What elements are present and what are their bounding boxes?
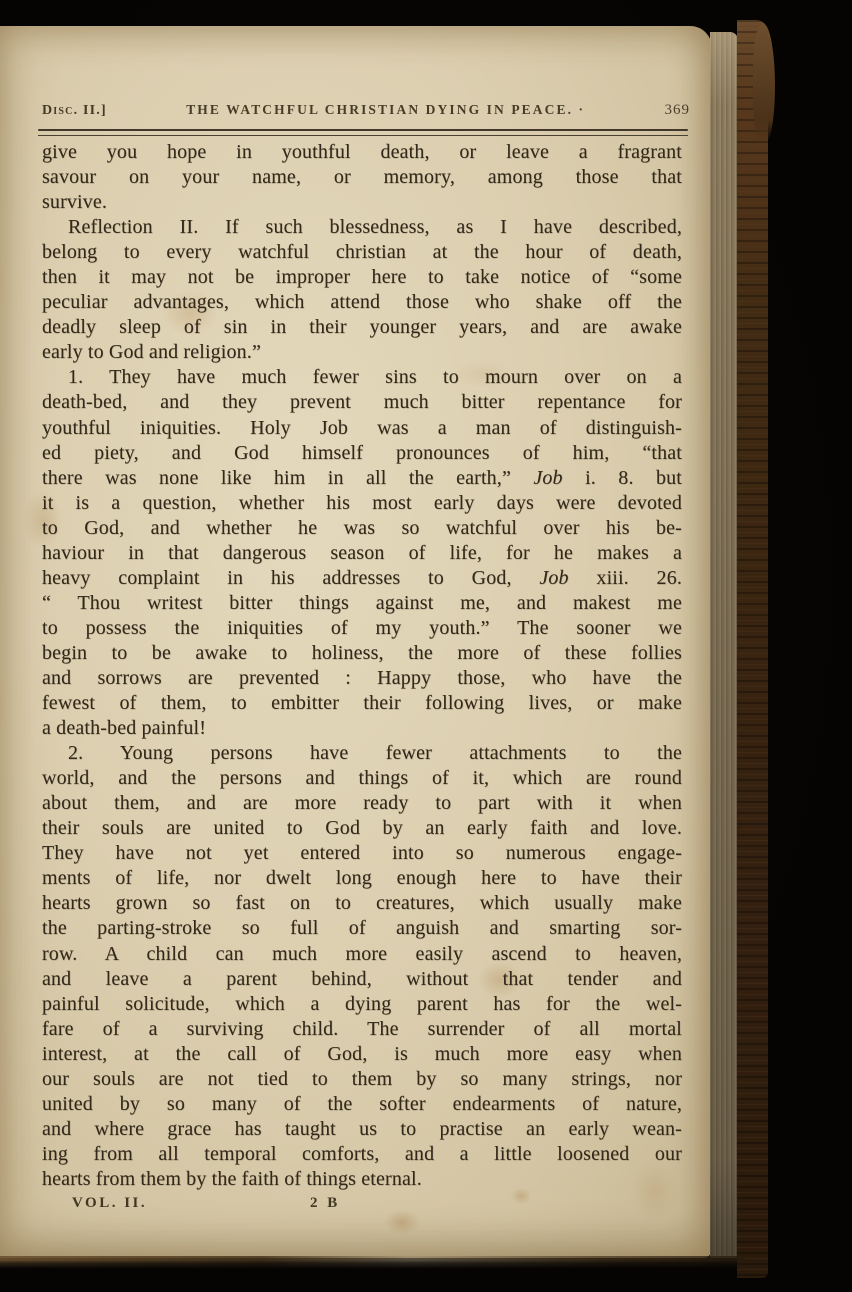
photo-background: Disc. II.] THE WATCHFUL CHRISTIAN DYING … [0, 0, 852, 1292]
text-line: to possess the iniquities of my youth.” … [42, 616, 682, 641]
text-line: deadly sleep of sin in their younger yea… [42, 315, 682, 340]
text-line: They have not yet entered into so numero… [42, 841, 682, 866]
text-line: fewest of them, to embitter their follow… [42, 691, 682, 716]
text-line: haviour in that dangerous season of life… [42, 541, 682, 566]
text-line: and sorrows are prevented : Happy those,… [42, 666, 682, 691]
text-line: fare of a surviving child. The surrender… [42, 1017, 682, 1042]
paragraph: 2. Young persons have fewer attachments … [42, 741, 682, 1192]
text-line: and where grace has taught us to practis… [42, 1117, 682, 1142]
text-line: row. A child can much more easily ascend… [42, 942, 682, 967]
book-page: Disc. II.] THE WATCHFUL CHRISTIAN DYING … [0, 26, 712, 1258]
text-line: interest, at the call of God, is much mo… [42, 1042, 682, 1067]
header-rule-thin [38, 135, 688, 136]
header-title: THE WATCHFUL CHRISTIAN DYING IN PEACE. · [186, 102, 585, 118]
text-line: death-bed, and they prevent much bitter … [42, 390, 682, 415]
text-line: their souls are united to God by an earl… [42, 816, 682, 841]
header-rule-thick [38, 129, 688, 131]
text-line: begin to be awake to holiness, the more … [42, 641, 682, 666]
text-line: give you hope in youthful death, or leav… [42, 140, 682, 165]
text-line: there was none like him in all the earth… [42, 466, 682, 491]
paragraph: 1. They have much fewer sins to mourn ov… [42, 365, 682, 741]
text-line: belong to every watchful christian at th… [42, 240, 682, 265]
text-line: united by so many of the softer endearme… [42, 1092, 682, 1117]
text-line: ing from all temporal comforts, and a li… [42, 1142, 682, 1167]
text-line: Reflection II. If such blessedness, as I… [42, 215, 682, 240]
text-line: hearts grown so fast on to creatures, wh… [42, 891, 682, 916]
header-section-label: Disc. II.] [42, 103, 107, 119]
text-line: heavy complaint in his addresses to God,… [42, 566, 682, 591]
text-line: world, and the persons and things of it,… [42, 766, 682, 791]
text-line: early to God and religion.” [42, 340, 682, 365]
text-line: ments of life, nor dwelt long enough her… [42, 866, 682, 891]
signature-mark: 2 B [310, 1195, 340, 1212]
header-rule [38, 129, 688, 136]
text-line: 2. Young persons have fewer attachments … [42, 741, 682, 766]
text-line: the parting-stroke so full of anguish an… [42, 916, 682, 941]
paragraph: give you hope in youthful death, or leav… [42, 140, 682, 215]
book-fore-edge [710, 32, 738, 1258]
text-line: survive. [42, 190, 682, 215]
header-page-number: 369 [665, 102, 691, 119]
text-line: and leave a parent behind, without that … [42, 967, 682, 992]
running-head: Disc. II.] THE WATCHFUL CHRISTIAN DYING … [42, 102, 690, 119]
volume-label: VOL. II. [72, 1195, 147, 1212]
text-line: it is a question, whether his most early… [42, 491, 682, 516]
book-cover-edge [737, 20, 768, 1278]
text-line: to God, and whether he was so watchful o… [42, 516, 682, 541]
text-line: 1. They have much fewer sins to mourn ov… [42, 365, 682, 390]
text-line: our souls are not tied to them by so man… [42, 1067, 682, 1092]
page-footer: VOL. II. 2 B [42, 1195, 682, 1217]
text-line: then it may not be improper here to take… [42, 265, 682, 290]
text-line: peculiar advantages, which attend those … [42, 290, 682, 315]
text-line: ed piety, and God himself pronounces of … [42, 441, 682, 466]
text-line: savour on your name, or memory, among th… [42, 165, 682, 190]
paragraph: Reflection II. If such blessedness, as I… [42, 215, 682, 365]
text-line: hearts from them by the faith of things … [42, 1167, 682, 1192]
text-line: a death-bed painful! [42, 716, 682, 741]
text-line: “ Thou writest bitter things against me,… [42, 591, 682, 616]
text-line: youthful iniquities. Holy Job was a man … [42, 416, 682, 441]
body-text: give you hope in youthful death, or leav… [42, 140, 682, 1192]
text-line: about them, and are more ready to part w… [42, 791, 682, 816]
book-bottom-edge [0, 1256, 745, 1269]
text-line: painful solicitude, which a dying parent… [42, 992, 682, 1017]
